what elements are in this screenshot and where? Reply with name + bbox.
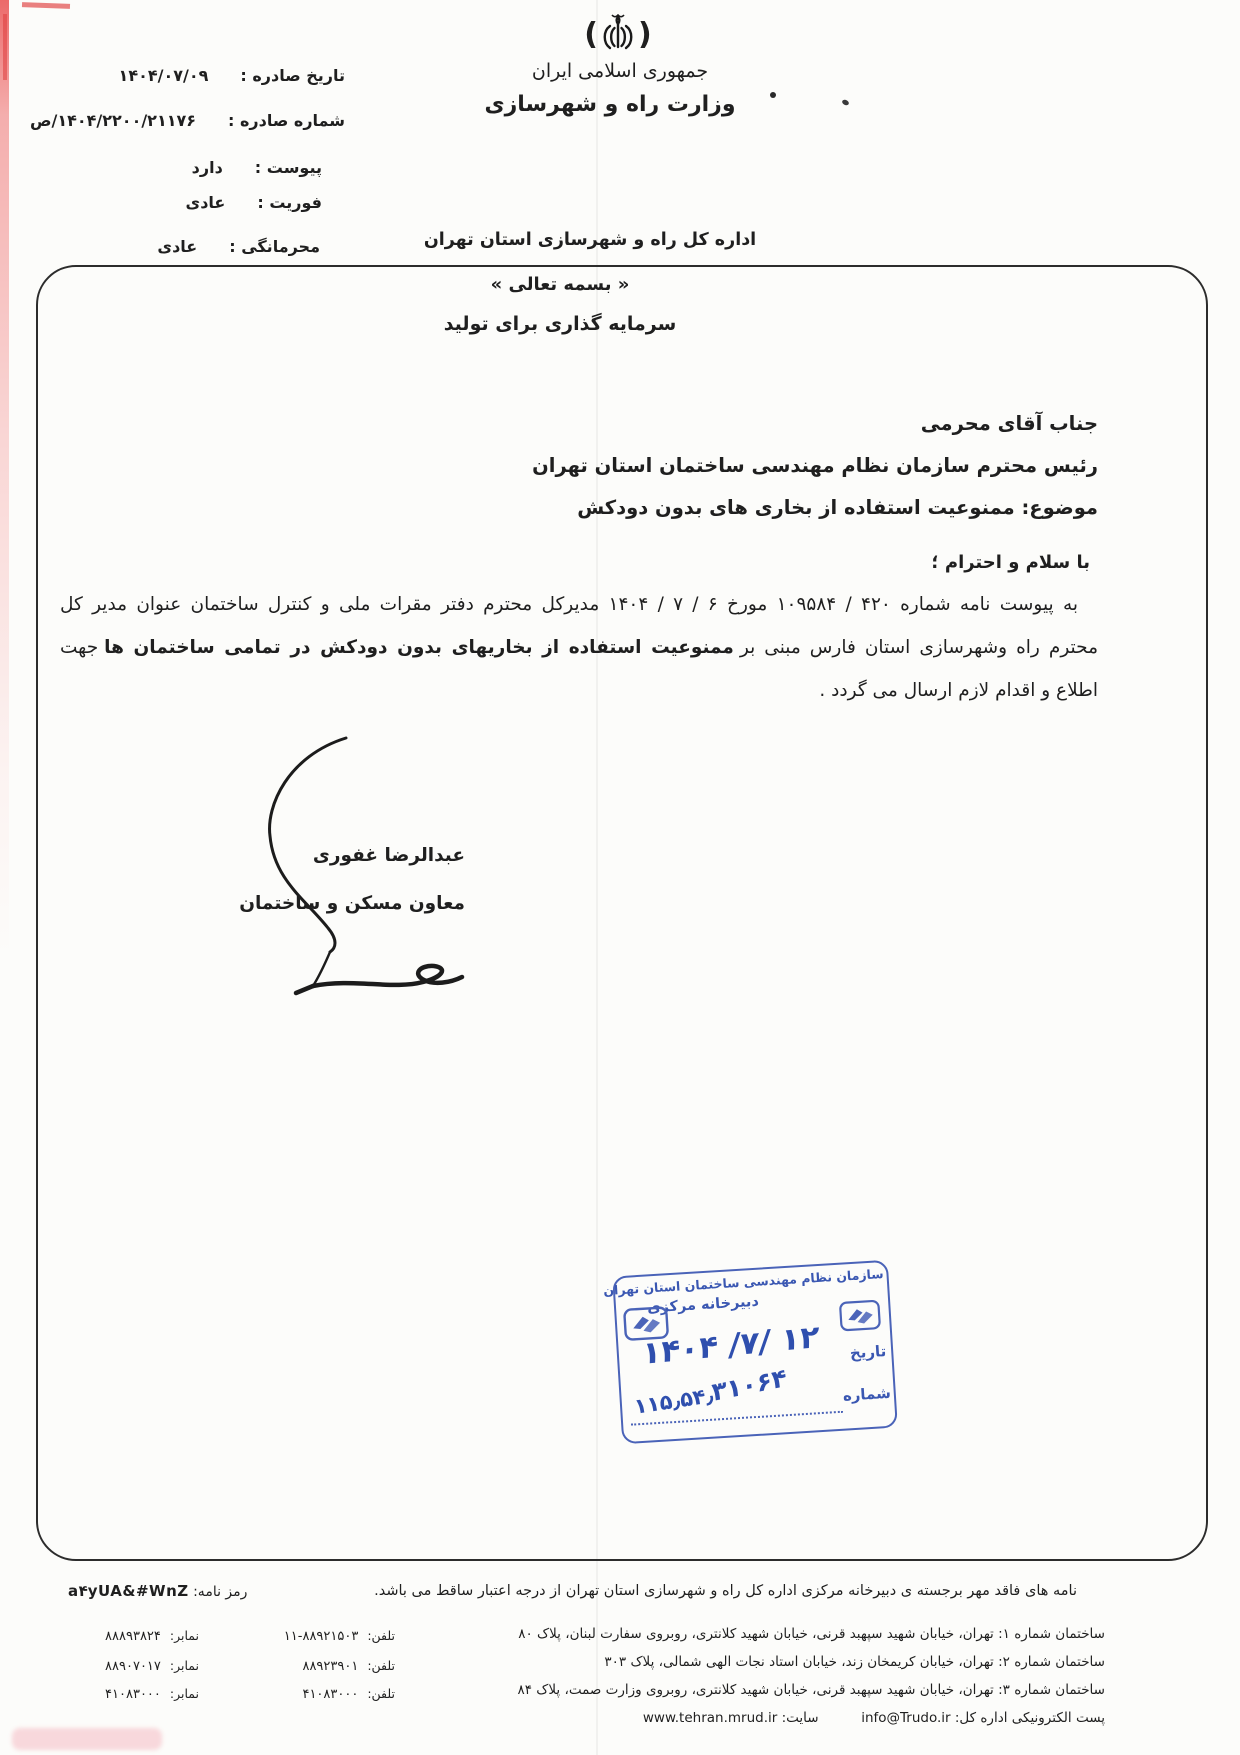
header-country: جمهوری اسلامی ایران <box>470 60 770 82</box>
ink-speck <box>841 99 849 106</box>
phone-label: تلفن: <box>367 1658 395 1673</box>
fax-row: نمابر:۴۱۰۸۳۰۰۰ <box>85 1686 199 1702</box>
address-line-2: ساختمان شماره ۲: تهران، خیابان کریمخان ز… <box>604 1654 1105 1670</box>
address-line-1: ساختمان شماره ۱: تهران، خیابان شهید سپهب… <box>518 1626 1105 1642</box>
recipient-title: رئیس محترم سازمان نظام مهندسی ساختمان اس… <box>532 454 1098 477</box>
site-label: سایت: <box>782 1710 819 1726</box>
phone-label: تلفن: <box>367 1628 395 1643</box>
scanned-letter-page: ( ) جمهوری اسلامی ایران وزارت راه و شهرس… <box>0 0 1240 1755</box>
emblem-paren: ( <box>584 20 598 50</box>
scan-red-stripe <box>0 0 9 960</box>
allah-emblem-icon <box>600 14 636 56</box>
header-department: اداره کل راه و شهرسازی استان تهران <box>420 230 760 250</box>
field-label: تاریخ صادره : <box>240 66 345 85</box>
letter-code-label: رمز نامه: <box>193 1584 247 1600</box>
field-label: پیوست : <box>255 158 322 177</box>
phone-label: تلفن: <box>367 1686 395 1701</box>
field-issue-number: شماره صادره :۱۴۰۴/۲۲۰۰/۲۱۱۷۶/ص <box>30 111 345 130</box>
iran-emblem: ( ) <box>538 12 698 58</box>
field-value: عادی <box>186 193 226 212</box>
field-label: فوریت : <box>257 193 322 212</box>
header-ministry: وزارت راه و شهرسازی <box>450 92 770 117</box>
salutation: با سلام و احترام ؛ <box>931 552 1090 573</box>
stamp-date-label: تاریخ <box>849 1342 886 1362</box>
body-line-3: اطلاع و اقدام لازم ارسال می گردد . <box>60 680 1098 701</box>
fax-row: نمابر:۸۸۸۹۳۸۲۴ <box>85 1628 199 1644</box>
scan-pink-blob <box>12 1728 162 1750</box>
validity-note: نامه های فاقد مهر برجسته ی دبیرخانه مرکز… <box>374 1583 1077 1599</box>
email-value: info@Trudo.ir <box>861 1710 950 1726</box>
signer-name: عبدالرضا غفوری <box>313 845 465 866</box>
body-line-1: به پیوست نامه شماره ۴۲۰ / ۱۰۹۵۸۴ مورخ ۶ … <box>60 594 1098 615</box>
letter-code: رمز نامه: a۴yUA&#WnZ <box>60 1582 247 1600</box>
fax-value: ۴۱۰۸۳۰۰۰ <box>105 1687 161 1702</box>
subject-line: موضوع: ممنوعیت استفاده از بخاری های بدون… <box>577 496 1098 519</box>
field-value: ۱۴۰۴/۰۷/۰۹ <box>119 66 209 85</box>
ink-speck <box>770 92 776 98</box>
field-issue-date: تاریخ صادره :۱۴۰۴/۰۷/۰۹ <box>119 66 345 85</box>
field-confidentiality: محرمانگی :عادی <box>157 237 320 256</box>
body-line-2-pre: محترم راه وشهرسازی استان فارس مبنی بر <box>740 637 1098 658</box>
signer-title: معاون مسکن و ساختمان <box>239 893 465 914</box>
field-urgency: فوریت :عادی <box>186 193 322 212</box>
fax-value: ۸۸۸۹۳۸۲۴ <box>105 1629 161 1644</box>
recipient-name: جناب آقای محرمی <box>921 412 1098 435</box>
secretariat-stamp: سازمان نظام مهندسی ساختمان استان تهران د… <box>612 1260 898 1445</box>
phone-row: تلفن:۸۸۹۲۱۵۰۳-۱۱ <box>243 1628 395 1644</box>
emblem-paren: ) <box>638 20 652 50</box>
phone-value: ۸۸۹۲۱۵۰۳-۱۱ <box>284 1629 359 1644</box>
field-attachment: پیوست :دارد <box>192 158 322 177</box>
field-label: شماره صادره : <box>228 111 345 130</box>
phone-row: تلفن:۴۱۰۸۳۰۰۰ <box>243 1686 395 1702</box>
year-slogan: سرمایه گذاری برای تولید <box>410 313 710 335</box>
letter-code-value: a۴yUA&#WnZ <box>68 1582 189 1600</box>
besmeleh: « بسمه تعالی » <box>430 274 690 295</box>
scan-red-mark <box>3 14 7 80</box>
address-line-3: ساختمان شماره ۳: تهران، خیابان شهید سپهب… <box>517 1682 1105 1698</box>
phone-value: ۴۱۰۸۳۰۰۰ <box>302 1687 358 1702</box>
field-label: محرمانگی : <box>229 237 320 256</box>
field-value: دارد <box>192 158 223 177</box>
stamp-number-label: شماره <box>842 1384 891 1405</box>
scan-red-mark <box>22 2 70 9</box>
phone-value: ۸۸۹۲۳۹۰۱ <box>302 1659 358 1674</box>
fax-row: نمابر:۸۸۹۰۷۰۱۷ <box>85 1658 199 1674</box>
contact-line: پست الکترونیکی اداره کل: info@Trudo.ir س… <box>643 1710 1105 1726</box>
body-line-2-post: جهت <box>60 637 98 658</box>
field-value: عادی <box>157 237 197 256</box>
field-value: ۱۴۰۴/۲۲۰۰/۲۱۱۷۶/ص <box>30 111 196 130</box>
phone-row: تلفن:۸۸۹۲۳۹۰۱ <box>243 1658 395 1674</box>
email-label: پست الکترونیکی اداره کل: <box>955 1710 1105 1726</box>
site-value: www.tehran.mrud.ir <box>643 1710 777 1726</box>
fax-label: نمابر: <box>170 1686 199 1701</box>
handshake-logo-icon <box>838 1298 882 1333</box>
body-line-2: محترم راه وشهرسازی استان فارس مبنی برممن… <box>60 637 1098 658</box>
fax-label: نمابر: <box>170 1628 199 1643</box>
body-line-2-emphasis: ممنوعیت استفاده از بخاریهای بدون دودکش د… <box>104 637 734 658</box>
signature-scrawl-icon <box>258 728 478 1018</box>
fax-label: نمابر: <box>170 1658 199 1673</box>
fax-value: ۸۸۹۰۷۰۱۷ <box>105 1659 161 1674</box>
